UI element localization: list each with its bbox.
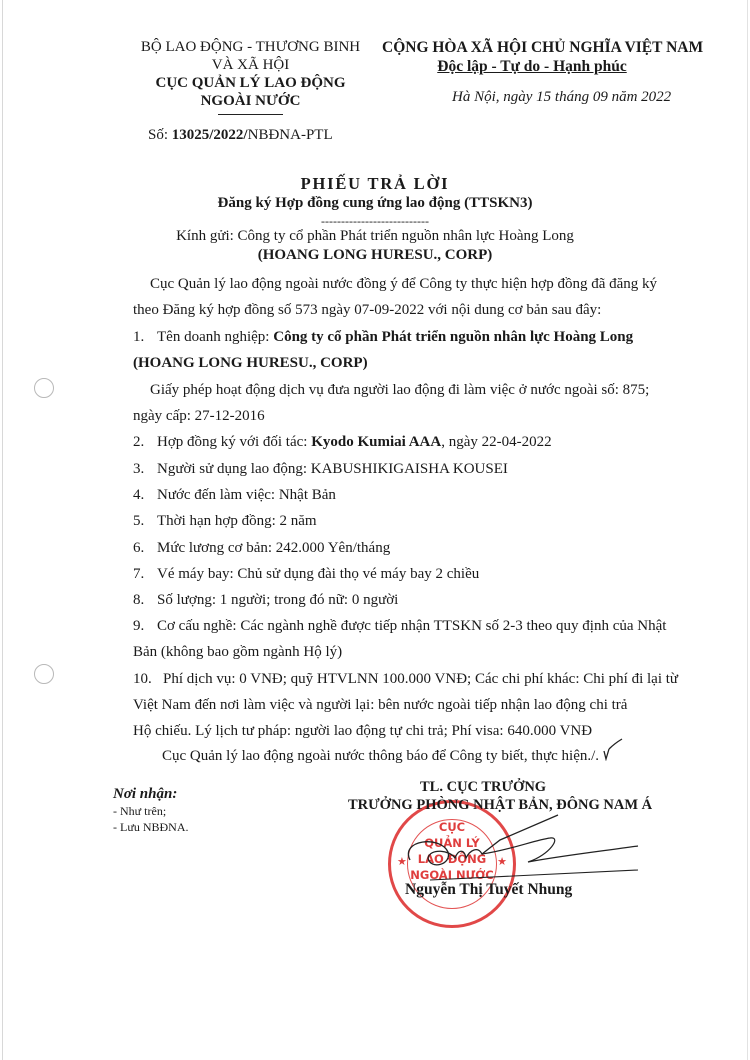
document-number-suffix: NBĐNA-PTL: [248, 127, 333, 143]
item-number: 2.: [133, 433, 157, 451]
item-number: 10.: [133, 670, 163, 688]
document-number-label: Số:: [148, 127, 172, 143]
intro-line2: theo Đăng ký hợp đồng số 573 ngày 07-09-…: [133, 301, 601, 319]
item-label: Hợp đồng ký với đối tác:: [157, 434, 311, 450]
item-text: Số lượng: 1 người; trong đó nữ: 0 người: [157, 592, 398, 608]
punch-hole-icon: [34, 378, 54, 398]
company-name: Công ty cổ phần Phát triển nguồn nhân lự…: [273, 329, 633, 345]
page-edge-right: [747, 0, 748, 1060]
national-motto: Độc lập - Tự do - Hạnh phúc: [437, 58, 626, 75]
closing-line: Cục Quản lý lao động ngoài nước thông bá…: [162, 747, 599, 765]
item-2: 2.Hợp đồng ký với đối tác: Kyodo Kumiai …: [133, 433, 552, 451]
ministry-line2: VÀ XÃ HỘI: [128, 56, 373, 74]
item-number: 1.: [133, 328, 157, 346]
recipient-english-name: (HOANG LONG HURESU., CORP): [0, 246, 750, 265]
item-number: 5.: [133, 512, 157, 530]
item-1: 1.Tên doanh nghiệp: Công ty cổ phần Phát…: [133, 328, 633, 346]
header-rule: [218, 114, 283, 115]
item-6: 6.Mức lương cơ bản: 242.000 Yên/tháng: [133, 539, 390, 557]
item-number: 3.: [133, 460, 157, 478]
partner-date: , ngày 22-04-2022: [441, 434, 551, 450]
item-8: 8.Số lượng: 1 người; trong đó nữ: 0 ngườ…: [133, 591, 398, 609]
recipient-item: - Như trên;: [113, 804, 166, 819]
item-number: 6.: [133, 539, 157, 557]
recipient-item: - Lưu NBĐNA.: [113, 820, 189, 835]
signer-authority: TL. CỤC TRƯỞNG: [420, 779, 546, 796]
document-subtitle: Đăng ký Hợp đồng cung ứng lao động (TTSK…: [0, 194, 750, 213]
document-number-value: 13025/2022/: [172, 127, 248, 143]
document-title: PHIẾU TRẢ LỜI: [0, 174, 750, 194]
document-title-block: PHIẾU TRẢ LỜI Đăng ký Hợp đồng cung ứng …: [0, 174, 750, 265]
national-header: CỘNG HÒA XÃ HỘI CHỦ NGHĨA VIỆT NAM Độc l…: [382, 38, 682, 76]
issuing-authority: BỘ LAO ĐỘNG - THƯƠNG BINH VÀ XÃ HỘI CỤC …: [128, 38, 373, 115]
item-number: 4.: [133, 486, 157, 504]
item-text: Nước đến làm việc: Nhật Bản: [157, 487, 336, 503]
item-5: 5.Thời hạn hợp đồng: 2 năm: [133, 512, 317, 530]
item-9: 9.Cơ cấu nghề: Các ngành nghề được tiếp …: [133, 617, 666, 635]
partner-name: Kyodo Kumiai AAA: [311, 434, 441, 450]
item-4: 4.Nước đến làm việc: Nhật Bản: [133, 486, 336, 504]
page-edge-left: [2, 0, 3, 1060]
document-number: Số: 13025/2022/NBĐNA-PTL: [148, 127, 333, 144]
item-text: Người sử dụng lao động: KABUSHIKIGAISHA …: [157, 461, 508, 477]
item-3: 3.Người sử dụng lao động: KABUSHIKIGAISH…: [133, 460, 508, 478]
item-label: Tên doanh nghiệp:: [157, 329, 273, 345]
item-text: Phí dịch vụ: 0 VNĐ; quỹ HTVLNN 100.000 V…: [163, 671, 678, 687]
item-text: Mức lương cơ bản: 242.000 Yên/tháng: [157, 540, 390, 556]
item-number: 7.: [133, 565, 157, 583]
item-number: 9.: [133, 617, 157, 635]
item-10-continuation: Việt Nam đến nơi làm việc và người lại: …: [133, 696, 627, 714]
recipient-line: Kính gửi: Công ty cổ phần Phát triển ngu…: [0, 227, 750, 246]
item-text: Cơ cấu nghề: Các ngành nghề được tiếp nh…: [157, 618, 666, 634]
item-10: 10.Phí dịch vụ: 0 VNĐ; quỹ HTVLNN 100.00…: [133, 670, 678, 688]
department-line2: NGOÀI NƯỚC: [128, 92, 373, 110]
country-name: CỘNG HÒA XÃ HỘI CHỦ NGHĨA VIỆT NAM: [382, 38, 682, 57]
item-text: Thời hạn hợp đồng: 2 năm: [157, 513, 317, 529]
initial-check-mark-icon: [600, 737, 624, 761]
department-line1: CỤC QUẢN LÝ LAO ĐỘNG: [128, 74, 373, 92]
item-9-continuation: Bản (không bao gồm ngành Hộ lý): [133, 643, 342, 661]
item-text: Vé máy bay: Chủ sử dụng đài thọ vé máy b…: [157, 566, 479, 582]
item-10-continuation2: Hộ chiếu. Lý lịch tư pháp: người lao độn…: [133, 722, 592, 740]
item-7: 7.Vé máy bay: Chủ sử dụng đài thọ vé máy…: [133, 565, 479, 583]
intro-line1: Cục Quản lý lao động ngoài nước đồng ý đ…: [150, 275, 657, 293]
ministry-line1: BỘ LAO ĐỘNG - THƯƠNG BINH: [128, 38, 373, 56]
item-1-continuation: (HOANG LONG HURESU., CORP): [133, 354, 368, 372]
date-line: Hà Nội, ngày 15 tháng 09 năm 2022: [452, 89, 671, 106]
signer-name: Nguyễn Thị Tuyết Nhung: [405, 881, 572, 899]
license-line2: ngày cấp: 27-12-2016: [133, 407, 265, 425]
title-divider: ---------------------------: [0, 215, 750, 227]
item-number: 8.: [133, 591, 157, 609]
recipients-title: Nơi nhận:: [113, 786, 177, 803]
license-line1: Giấy phép hoạt động dịch vụ đưa người la…: [150, 381, 649, 399]
punch-hole-icon: [34, 664, 54, 684]
